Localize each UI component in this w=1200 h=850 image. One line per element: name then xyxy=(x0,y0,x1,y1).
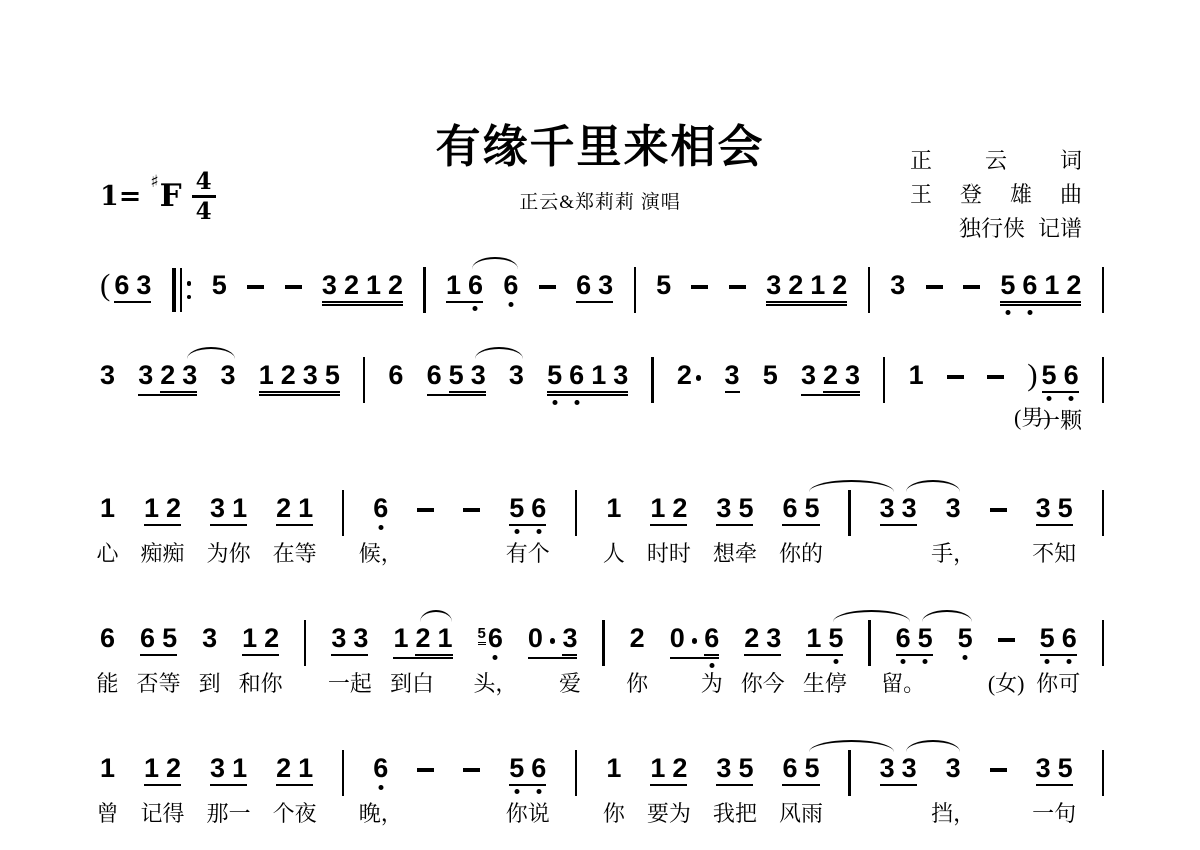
note: 3一 xyxy=(1036,755,1051,782)
dash-line xyxy=(987,375,1004,379)
note: 5 xyxy=(1000,272,1015,299)
lyric-syllable: 到 xyxy=(199,673,221,695)
note-digit: 1 xyxy=(259,362,274,389)
lyric-syllable: 停 xyxy=(825,673,847,695)
lyric-syllable: 和 xyxy=(239,673,261,695)
note-digit: 1 xyxy=(366,272,381,299)
note-digit: 3 xyxy=(845,362,860,389)
beam-underline: 5612 xyxy=(1000,272,1081,306)
lyric-syllable: 晚， xyxy=(359,803,403,825)
meter-numerator: 4 xyxy=(196,170,212,193)
duration-dash xyxy=(285,272,302,289)
octave-dot xyxy=(473,306,478,311)
octave-dot xyxy=(552,400,557,405)
beam-underline: 3想5牵 xyxy=(716,495,753,526)
note-digit: 6 xyxy=(468,272,483,299)
note: 3 xyxy=(880,755,895,782)
dash-line xyxy=(539,285,556,289)
duration-dash xyxy=(947,362,964,379)
note-digit: 6 xyxy=(896,625,911,652)
sharp-accidental: ♯ xyxy=(150,172,158,192)
note-digit: 3 xyxy=(716,495,731,522)
credit-text: 雄 xyxy=(1010,178,1032,212)
lyric-syllable: 你 xyxy=(779,543,801,565)
note: 2在 xyxy=(276,495,291,522)
note-digit: 6 xyxy=(503,272,518,299)
note-digit: 3 xyxy=(210,495,225,522)
beam-underline: 03爱 xyxy=(528,625,578,659)
tie-arc xyxy=(420,610,452,622)
note: 2你 xyxy=(264,625,279,652)
note-digit: 3 xyxy=(890,272,905,299)
note-digit: 3 xyxy=(210,755,225,782)
repeat-thick-bar xyxy=(172,268,176,312)
note-digit: 5 xyxy=(1058,495,1073,522)
barline xyxy=(342,490,344,536)
beam-group: 5你6可 xyxy=(1040,625,1077,652)
credit-text: 独行侠 xyxy=(959,212,1025,246)
lyric-syllable: 在 xyxy=(273,543,295,565)
note: 6说 xyxy=(531,755,546,782)
note: 6留。 xyxy=(896,625,911,652)
lyric-syllable: 颗 xyxy=(1060,410,1082,432)
lyric-syllable: 我 xyxy=(713,803,735,825)
note: 2痴 xyxy=(166,495,181,522)
beam-group: 6风5雨 xyxy=(782,755,819,782)
lyric-syllable: 头， xyxy=(473,673,517,695)
barline xyxy=(423,267,425,313)
beam-group: 5612 xyxy=(1000,272,1081,299)
lyric-syllable: 时 xyxy=(647,543,669,565)
note-digit: 6 xyxy=(488,625,503,652)
beam-group: 1痴2痴 xyxy=(144,495,181,522)
lyric-syllable: 一 xyxy=(1032,803,1054,825)
note: 0 xyxy=(528,625,543,652)
repeat-dots xyxy=(187,281,192,299)
lyric-syllable: 生 xyxy=(803,673,825,695)
beam-underline: 323 xyxy=(138,362,197,396)
note-digit: 5 xyxy=(212,272,227,299)
note-digit: 1 xyxy=(650,495,665,522)
note-digit: 6 xyxy=(1022,272,1037,299)
note-digit: 2 xyxy=(388,272,403,299)
lyric-syllable: 你 xyxy=(261,673,283,695)
beam-underline: 3212 xyxy=(766,272,847,303)
note-digit: 2 xyxy=(276,495,291,522)
beam-underline: 23 xyxy=(160,362,197,393)
note-digit: 6 xyxy=(427,362,442,389)
note-digit: 3 xyxy=(562,625,577,652)
beam-group: 6为 xyxy=(704,625,719,652)
note-digit: 5 xyxy=(509,495,524,522)
grace-note: 5 xyxy=(478,616,486,645)
beam-underline: 63 xyxy=(114,272,151,303)
note-digit: 3 xyxy=(353,625,368,652)
note-digit: 6 xyxy=(576,272,591,299)
note: 1生 xyxy=(806,625,821,652)
credit-text: 王 xyxy=(910,178,932,212)
beam-underline: 1235 xyxy=(259,362,340,393)
note-digit: 6 xyxy=(1062,625,1077,652)
barline xyxy=(602,620,604,666)
beam-underline: 3 xyxy=(725,362,740,393)
octave-dot xyxy=(1047,396,1052,401)
note: 1一 xyxy=(232,755,247,782)
note: 3挡， xyxy=(946,755,961,782)
note-digit: 6 xyxy=(782,755,797,782)
note-digit: 2 xyxy=(166,495,181,522)
beam-group: 1时2时 xyxy=(650,495,687,522)
beam-underline: 1记2得 xyxy=(144,755,181,786)
tie-arc xyxy=(922,610,972,622)
barline xyxy=(634,267,636,313)
note-digit: 3 xyxy=(202,625,217,652)
beam-group: 1和2你 xyxy=(242,625,279,652)
lyric-syllable: 你 xyxy=(626,673,648,695)
note-digit: 5 xyxy=(1040,625,1055,652)
octave-dot xyxy=(833,659,838,664)
note-digit: 6 xyxy=(114,272,129,299)
note: 6个 xyxy=(531,495,546,522)
barline xyxy=(868,620,870,666)
note: 1到 xyxy=(393,625,408,652)
lyric-syllable: 说 xyxy=(528,803,550,825)
note-digit: 1 xyxy=(438,625,453,652)
repeat-thin-bar xyxy=(180,268,182,312)
note-digit: 0 xyxy=(528,625,543,652)
tie-arc xyxy=(475,347,523,359)
time-signature: 4 4 xyxy=(192,170,216,223)
note: 1痴 xyxy=(144,495,159,522)
note: 1你 xyxy=(606,755,621,782)
note-digit: 5 xyxy=(162,625,177,652)
note-digit: 5 xyxy=(547,362,562,389)
note: 3 xyxy=(182,362,197,389)
beam-group: 2个1夜 xyxy=(276,755,313,782)
barline xyxy=(1102,490,1104,536)
beam-group: 323 xyxy=(138,362,197,393)
note-digit: 3 xyxy=(946,755,961,782)
note: 2 xyxy=(823,362,838,389)
note: 3 xyxy=(221,362,236,389)
beam-group: 63 xyxy=(114,272,151,299)
beam-group: 1到2白1 xyxy=(393,625,452,656)
tie-arc xyxy=(187,347,235,359)
octave-dot xyxy=(1027,310,1032,315)
lyric-syllable: 有 xyxy=(506,543,528,565)
beam-underline: 6你5的 xyxy=(782,495,819,526)
beam-underline: 23 xyxy=(823,362,860,393)
note-digit: 3 xyxy=(136,272,151,299)
note: 6能 xyxy=(100,625,115,652)
lyric-syllable: 一 xyxy=(1038,410,1060,432)
note: 1时 xyxy=(650,495,665,522)
beam-underline: 3那1一 xyxy=(210,755,247,786)
note: 3为 xyxy=(210,495,225,522)
tie-arc xyxy=(906,740,960,752)
note: 5雨 xyxy=(804,755,819,782)
note: 5你 xyxy=(1040,625,1055,652)
note-digit: 3 xyxy=(471,362,486,389)
beam-group: 1生5停 xyxy=(806,625,843,652)
barline xyxy=(883,357,885,403)
lyric-syllable: 今 xyxy=(763,673,785,695)
lyric-syllable: 可 xyxy=(1058,673,1080,695)
note-digit: 3 xyxy=(725,362,740,389)
parenthesis: )(男) xyxy=(1027,359,1037,390)
beam-group: 3不5知 xyxy=(1036,495,1073,522)
beam-underline: 6否5等 xyxy=(140,625,177,656)
note-digit: 2 xyxy=(281,362,296,389)
lyric-syllable: 等 xyxy=(159,673,181,695)
note-digit: 5 xyxy=(828,625,843,652)
octave-dot xyxy=(514,789,519,794)
lyric-syllable: 的 xyxy=(801,543,823,565)
lyric-syllable: 能 xyxy=(97,673,119,695)
duration-dash xyxy=(990,755,1007,772)
note: 6 xyxy=(503,272,518,299)
dash-line xyxy=(990,508,1007,512)
duration-dash xyxy=(963,272,980,289)
note-digit: 2 xyxy=(672,755,687,782)
lyric-syllable: 夜 xyxy=(295,803,317,825)
barline xyxy=(651,357,653,403)
beam-group: 16 xyxy=(446,272,483,299)
octave-dot xyxy=(378,525,383,530)
beam-group: 33 xyxy=(880,495,917,522)
barline xyxy=(575,490,577,536)
beam-underline: 5你6可 xyxy=(1040,625,1077,656)
note-digit: 1 xyxy=(232,755,247,782)
note: 3 xyxy=(902,755,917,782)
note-digit: 2 xyxy=(264,625,279,652)
note-digit: 1 xyxy=(144,755,159,782)
note-digit: 6 xyxy=(388,362,403,389)
octave-dot xyxy=(493,655,498,660)
note-digit: 3 xyxy=(766,625,781,652)
note: 6 xyxy=(569,362,584,389)
note-digit: 2 xyxy=(823,362,838,389)
note-digit: 1 xyxy=(606,755,621,782)
note-digit: 3 xyxy=(322,272,337,299)
duration-dash xyxy=(990,495,1007,512)
note-digit: 1 xyxy=(606,495,621,522)
note: 1 xyxy=(591,362,606,389)
note-digit: 5 xyxy=(763,362,778,389)
note: 2为 xyxy=(672,755,687,782)
beam-underline: 3一5句 xyxy=(1036,755,1073,786)
beam-group: 23 xyxy=(823,362,860,389)
beam-underline: 53 xyxy=(449,362,486,393)
repeat-dot xyxy=(187,281,192,286)
note-digit: 1 xyxy=(446,272,461,299)
lyric-syllable: 手， xyxy=(931,543,975,565)
beam-group: 653 xyxy=(427,362,486,393)
credit-row: 独行侠记谱 xyxy=(910,212,1082,246)
note-digit: 1 xyxy=(1044,272,1059,299)
beam-group: 5一6颗 xyxy=(1042,362,1079,389)
dash-line xyxy=(417,768,434,772)
lyric-syllable: 雨 xyxy=(801,803,823,825)
beam-group: 6你5的 xyxy=(782,495,819,522)
beam-group: 2你3今 xyxy=(744,625,781,652)
note: 3 xyxy=(902,495,917,522)
note-digit: 2 xyxy=(677,362,692,389)
note-digit: 3 xyxy=(100,362,115,389)
lyric-syllable: 起 xyxy=(350,673,372,695)
note: 5 xyxy=(325,362,340,389)
note-digit: 3 xyxy=(880,495,895,522)
note-digit: 3 xyxy=(138,362,153,389)
note-digit: 3 xyxy=(221,362,236,389)
note-digit: 6 xyxy=(373,495,388,522)
note: 2你 xyxy=(744,625,759,652)
note-sequence: 2 xyxy=(677,362,702,389)
note-digit: 1 xyxy=(909,362,924,389)
octave-dot xyxy=(1005,310,1010,315)
note-digit: 6 xyxy=(140,625,155,652)
note-digit: 2 xyxy=(832,272,847,299)
note: 3那 xyxy=(210,755,225,782)
lyric-syllable: 不 xyxy=(1032,543,1054,565)
note: 6 xyxy=(388,362,403,389)
beam-underline: 3我5把 xyxy=(716,755,753,786)
note: 5 xyxy=(212,272,227,299)
note: 1夜 xyxy=(298,755,313,782)
beam-underline: 1和2你 xyxy=(242,625,279,656)
dash-line xyxy=(729,285,746,289)
note: 6 xyxy=(468,272,483,299)
note-digit: 3 xyxy=(303,362,318,389)
note: 3 xyxy=(845,362,860,389)
note: 3到 xyxy=(202,625,217,652)
dash-line xyxy=(998,638,1015,642)
beam-group: 3想5牵 xyxy=(716,495,753,522)
note-digit: 1 xyxy=(393,625,408,652)
beam-underline: 5612 xyxy=(1000,272,1081,303)
note-digit: 3 xyxy=(509,362,524,389)
duration-dash xyxy=(691,272,708,289)
note: 3我 xyxy=(716,755,731,782)
note: 2 xyxy=(832,272,847,299)
lyric-syllable: 知 xyxy=(1054,543,1076,565)
beam-underline: 3一3起 xyxy=(331,625,368,656)
note-digit: 1 xyxy=(144,495,159,522)
note: 3 xyxy=(598,272,613,299)
note-digit: 3 xyxy=(902,755,917,782)
note-digit: 1 xyxy=(298,755,313,782)
note: 2个 xyxy=(276,755,291,782)
dash-line xyxy=(963,285,980,289)
beam-underline: 3212 xyxy=(322,272,403,303)
beam-group: 53 xyxy=(449,362,486,389)
lyric-syllable: 挡， xyxy=(931,803,975,825)
music-line-5: 1曾1记2得3那1一2个1夜6晚，5你6说1你1要2为3我5把6风5雨333挡，… xyxy=(100,755,1104,796)
credit-text: 登 xyxy=(960,178,982,212)
beam-group: 2白1 xyxy=(415,625,452,652)
duration-dash xyxy=(926,272,943,289)
repeat-begin-sign xyxy=(172,268,192,312)
note: 2你 xyxy=(630,625,645,652)
credits: 正云词王登雄曲独行侠记谱 xyxy=(910,144,1082,246)
beam-underline: 16 xyxy=(446,272,483,303)
barline xyxy=(1102,620,1104,666)
note: 3想 xyxy=(716,495,731,522)
beam-underline: 6为 xyxy=(704,625,719,656)
note: 2 xyxy=(281,362,296,389)
barline xyxy=(1102,750,1104,796)
note: 3一 xyxy=(331,625,346,652)
note-digit: 1 xyxy=(100,495,115,522)
note: 5 xyxy=(763,362,778,389)
beam-group: 23 xyxy=(160,362,197,389)
note: 2 xyxy=(788,272,803,299)
duration-dash xyxy=(987,362,1004,379)
lyric-syllable: 个 xyxy=(528,543,550,565)
beam-group: 6留。5 xyxy=(896,625,933,652)
duration-dash xyxy=(463,755,480,772)
beam-underline: 323 xyxy=(801,362,860,396)
note: 1 xyxy=(909,362,924,389)
note: 1等 xyxy=(298,495,313,522)
note-digit: 3 xyxy=(1036,495,1051,522)
beam-group: 33 xyxy=(880,755,917,782)
note-digit: 2 xyxy=(344,272,359,299)
note: 2 xyxy=(1066,272,1081,299)
note: 3 xyxy=(509,362,524,389)
note-digit: 1 xyxy=(650,755,665,782)
note: 3 xyxy=(100,362,115,389)
barline xyxy=(575,750,577,796)
beam-underline: 1235 xyxy=(259,362,340,396)
beam-underline: 3不5知 xyxy=(1036,495,1073,526)
note: 6颗 xyxy=(1064,362,1079,389)
music-line-2: 3323312356653356132353231)(男)5一6颗 xyxy=(100,362,1104,403)
lyric-syllable: 痴 xyxy=(163,543,185,565)
note-digit: 6 xyxy=(1064,362,1079,389)
note-digit: 2 xyxy=(1066,272,1081,299)
beam-underline: 1生5停 xyxy=(806,625,843,656)
beam-group: 3 xyxy=(725,362,740,389)
octave-dot xyxy=(901,659,906,664)
lyric-syllable: 记 xyxy=(141,803,163,825)
lyric-syllable: 时 xyxy=(669,543,691,565)
note-digit: 3 xyxy=(766,272,781,299)
key-signature: 1= ♯F 4 4 xyxy=(100,170,216,223)
lyric-syllable: 那 xyxy=(207,803,229,825)
note-digit: 6 xyxy=(531,495,546,522)
note: 3 xyxy=(880,495,895,522)
note-digit: 5 xyxy=(918,625,933,652)
note-digit: 3 xyxy=(946,495,961,522)
note-digit: 2 xyxy=(166,755,181,782)
beam-group: 1要2为 xyxy=(650,755,687,782)
beam-group: 3一3起 xyxy=(331,625,368,652)
note-digit: 3 xyxy=(331,625,346,652)
lyric-syllable: 白 xyxy=(412,673,434,695)
note-sequence: )(男)5一6颗 xyxy=(1027,362,1078,393)
note-digit: 3 xyxy=(598,272,613,299)
note: 1人 xyxy=(606,495,621,522)
dash-line xyxy=(947,375,964,379)
barline xyxy=(363,357,365,403)
note: 1 xyxy=(446,272,461,299)
note-digit: 3 xyxy=(182,362,197,389)
lyric-syllable: 等 xyxy=(295,543,317,565)
note-digit: 5 xyxy=(804,495,819,522)
note: 5 xyxy=(656,272,671,299)
note: 2 xyxy=(388,272,403,299)
